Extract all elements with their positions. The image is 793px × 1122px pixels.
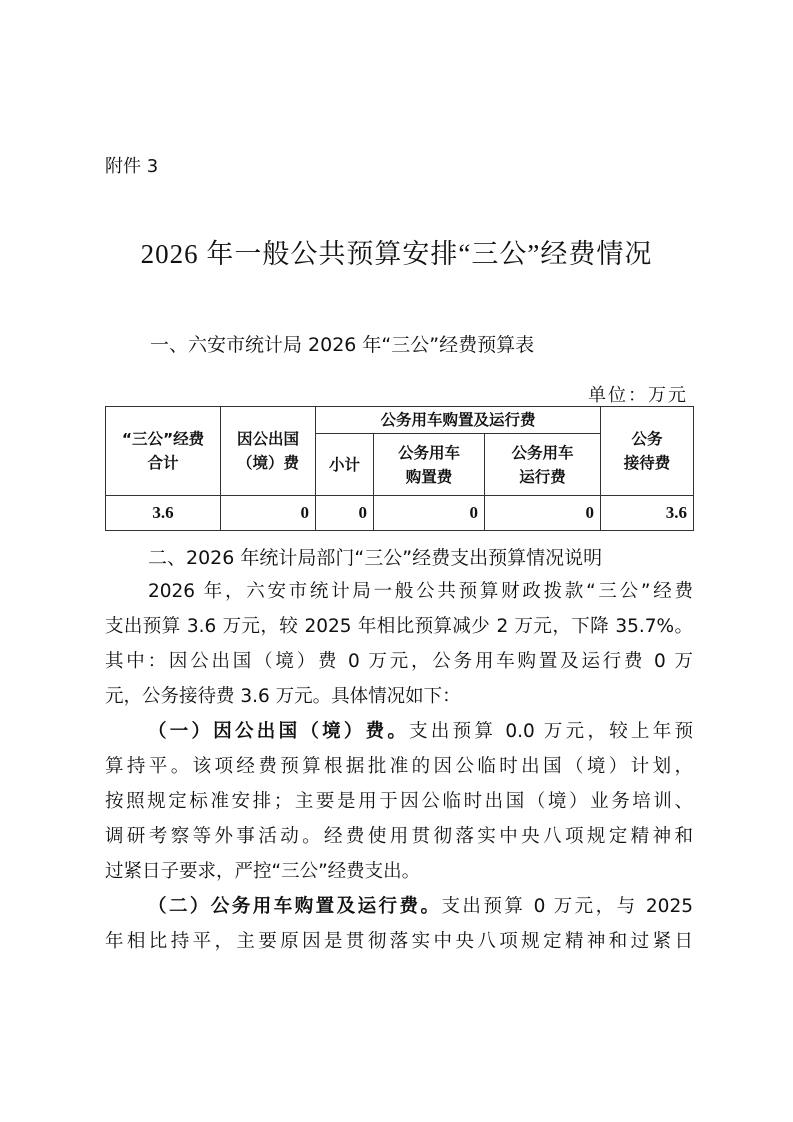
header-vehicle-purchase: 公务用车 购置费 [374,434,485,496]
header-vehicle-operation: 公务用车 运行费 [485,434,601,496]
section2-heading: 二、2026 年统计局部门“三公”经费支出预算情况说明 [148,543,602,570]
header-vehicle-operation-line2: 运行费 [485,465,600,489]
table-row: 3.6 0 0 0 0 3.6 [106,496,694,531]
cell-abroad: 0 [221,496,316,531]
item1-line-5: 过紧日子要求，严控“三公”经费支出。 [105,857,693,883]
header-abroad-line1: 因公出国 [221,427,315,451]
budget-table: “三公”经费 合计 因公出国 （境）费 公务用车购置及运行费 公务 接待费 小计… [105,406,694,531]
header-reception-line2: 接待费 [601,451,693,475]
header-vehicle-purchase-line1: 公务用车 [374,441,484,465]
item1-line-2: 算持平。该项经费预算根据批准的因公临时出国（境）计划， [105,752,693,778]
header-abroad-line2: （境）费 [221,451,315,475]
header-vehicle-operation-line1: 公务用车 [485,441,600,465]
header-vehicle-group: 公务用车购置及运行费 [316,407,601,434]
page-title: 2026 年一般公共预算安排“三公”经费情况 [0,232,793,271]
intro-line-4: 元，公务接待费 3.6 万元。具体情况如下： [105,682,693,708]
item1-first-line: （一）因公出国（境）费。支出预算 0.0 万元，较上年预 [148,717,693,743]
header-reception: 公务 接待费 [601,407,694,496]
header-vehicle-subtotal: 小计 [316,434,374,496]
item1-line-4: 调研考察等外事活动。经费使用贯彻落实中央八项规定精神和 [105,822,693,848]
item2-label: （二）公务用车购置及运行费。 [148,896,441,917]
attachment-label: 附件 3 [105,152,158,178]
header-reception-line1: 公务 [601,427,693,451]
unit-label: 单位：万元 [588,381,688,407]
header-abroad: 因公出国 （境）费 [221,407,316,496]
item1-label: （一）因公出国（境）费。 [148,721,409,742]
header-vehicle-purchase-line2: 购置费 [374,465,484,489]
intro-line-3: 其中：因公出国（境）费 0 万元，公务用车购置及运行费 0 万 [105,647,693,673]
intro-line-1: 2026 年，六安市统计局一般公共预算财政拨款“三公”经费 [148,577,693,603]
cell-total: 3.6 [106,496,221,531]
item2-first-line-rest: 支出预算 0 万元，与 2025 [441,896,693,917]
item1-line-3: 按照规定标准安排；主要是用于因公临时出国（境）业务培训、 [105,787,693,813]
header-total-line2: 合计 [106,451,220,475]
item1-first-line-rest: 支出预算 0.0 万元，较上年预 [409,721,693,742]
section1-heading: 一、六安市统计局 2026 年“三公”经费预算表 [150,330,534,357]
header-total-line1: “三公”经费 [106,427,220,451]
cell-vehicle-subtotal: 0 [316,496,374,531]
item2-line-2: 年相比持平，主要原因是贯彻落实中央八项规定精神和过紧日 [105,927,693,953]
cell-vehicle-operation: 0 [485,496,601,531]
item2-first-line: （二）公务用车购置及运行费。支出预算 0 万元，与 2025 [148,892,693,918]
cell-reception: 3.6 [601,496,694,531]
intro-line-2: 支出预算 3.6 万元，较 2025 年相比预算减少 2 万元，下降 35.7%… [105,612,693,638]
header-total: “三公”经费 合计 [106,407,221,496]
cell-vehicle-purchase: 0 [374,496,485,531]
